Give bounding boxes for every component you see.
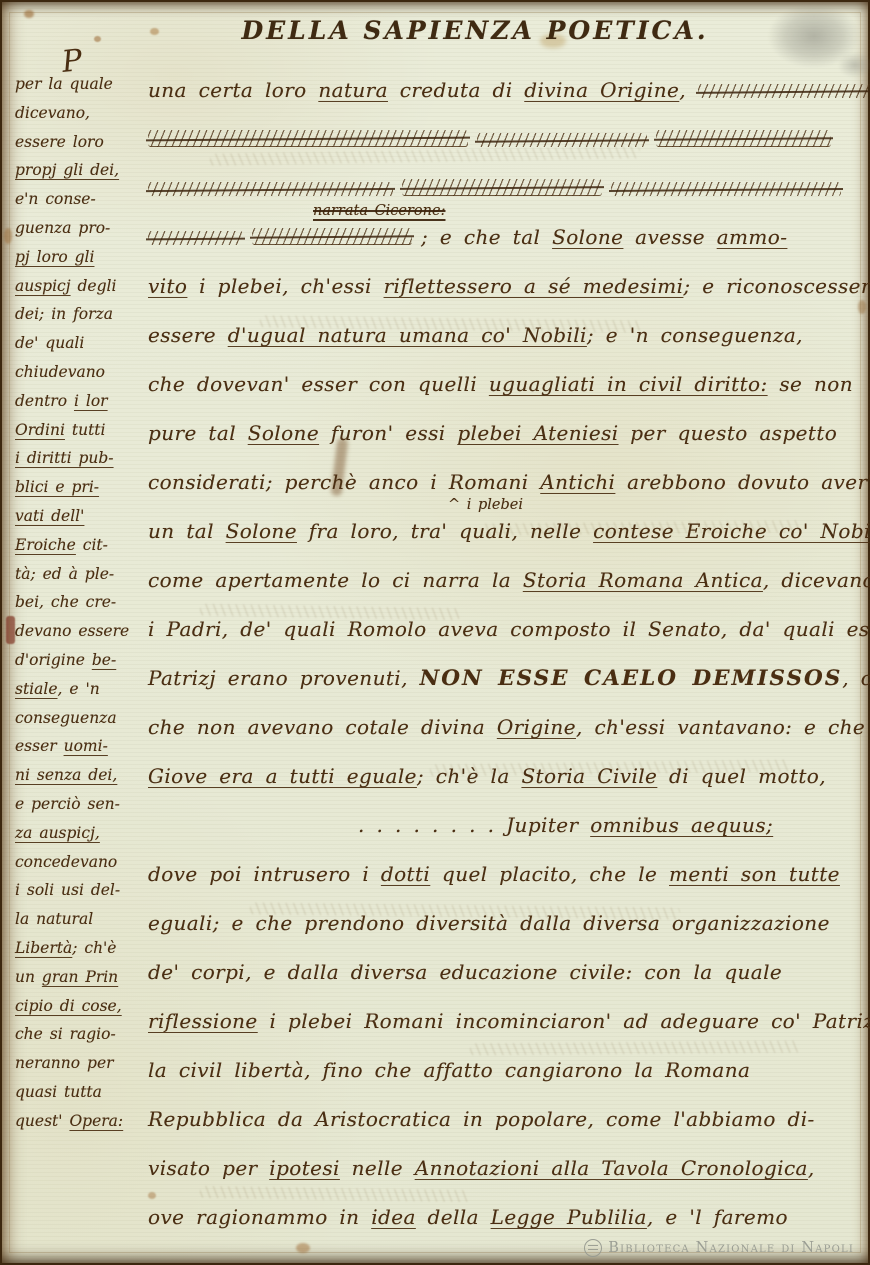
rust-spot [296, 1243, 310, 1253]
library-watermark: Biblioteca Nazionale di Napoli [584, 1239, 854, 1257]
margin-line: ni senza dei, [15, 761, 147, 790]
text-line: la civil libertà, fino che affatto cangi… [148, 1046, 864, 1095]
margin-line: la natural [15, 905, 147, 934]
library-logo-icon [584, 1239, 602, 1257]
text-line: essere d'ugual natura umana co' Nobili; … [148, 311, 864, 360]
margin-line: i diritti pub- [15, 444, 147, 473]
margin-line: de' quali [15, 329, 147, 358]
text-line: i Padri, de' quali Romolo aveva composto… [148, 605, 864, 654]
margin-line: quest' Opera: [15, 1107, 147, 1136]
margin-line: vati dell' [15, 502, 147, 531]
margin-line: esser uomi- [15, 732, 147, 761]
text-line: ; e che tal Solone avesse ammo-narrata C… [148, 213, 864, 262]
text-line: ove ragionammo in idea della Legge Publi… [148, 1193, 864, 1242]
margin-line: pj loro gli [15, 243, 147, 272]
margin-line: e perciò sen- [15, 790, 147, 819]
margin-line: essere loro [15, 128, 147, 157]
text-line: riflessione i plebei Romani incominciaro… [148, 997, 864, 1046]
margin-line: dei; in forza [15, 300, 147, 329]
margin-line: blici e pri- [15, 473, 147, 502]
margin-line: che si ragio- [15, 1020, 147, 1049]
margin-line: propj gli dei, [15, 156, 147, 185]
margin-line: guenza pro- [15, 214, 147, 243]
text-line: . . . . . . . . Jupiter omnibus aequus; [148, 801, 864, 850]
margin-line: dicevano, [15, 99, 147, 128]
margin-line: Eroiche cit- [15, 531, 147, 560]
text-line [148, 164, 864, 213]
edge-mark [6, 616, 15, 644]
margin-line: dentro i lor [15, 387, 147, 416]
margin-line: un gran Prin [15, 963, 147, 992]
text-line: de' corpi, e dalla diversa educazione ci… [148, 948, 864, 997]
margin-line: devano essere [15, 617, 147, 646]
rust-spot [24, 10, 34, 18]
text-line: vito i plebei, ch'essi riflettessero a s… [148, 262, 864, 311]
text-line: una certa loro natura creduta di divina … [148, 66, 864, 115]
margin-line: conseguenza [15, 704, 147, 733]
rust-spot [94, 36, 101, 42]
margin-line: d'origine be- [15, 646, 147, 675]
page-title: DELLA SAPIENZA POETICA. [140, 16, 810, 45]
margin-line: chiudevano [15, 358, 147, 387]
margin-line: i soli usi del- [15, 876, 147, 905]
rust-spot [4, 228, 12, 244]
margin-line: per la quale [15, 70, 147, 99]
manuscript-page: DELLA SAPIENZA POETICA. P per la qualedi… [0, 0, 870, 1265]
text-line: un tal Solone fra loro, tra' quali, nell… [148, 507, 864, 556]
margin-line: stiale, e 'n [15, 675, 147, 704]
margin-line: Ordini tutti [15, 416, 147, 445]
margin-note: per la qualedicevano,essere loropropj gl… [15, 70, 147, 1135]
margin-line: za auspicj, [15, 819, 147, 848]
margin-line: auspicj degli [15, 272, 147, 301]
margin-line: quasi tutta [15, 1078, 147, 1107]
text-line: pure tal Solone furon' essi plebei Ateni… [148, 409, 864, 458]
library-name: Biblioteca Nazionale di Napoli [608, 1240, 854, 1256]
margin-line: Libertà; ch'è [15, 934, 147, 963]
margin-line: neranno per [15, 1049, 147, 1078]
margin-line: concedevano [15, 848, 147, 877]
text-line [148, 115, 864, 164]
text-line: che non avevano cotale divina Origine, c… [148, 703, 864, 752]
margin-line: bei, che cre- [15, 588, 147, 617]
text-line: dove poi intrusero i dotti quel placito,… [148, 850, 864, 899]
text-line: visato per ipotesi nelle Annotazioni all… [148, 1144, 864, 1193]
main-text: una certa loro natura creduta di divina … [148, 66, 864, 1242]
margin-line: e'n conse- [15, 185, 147, 214]
text-line: Patrizj erano provenuti, NON ESSE CAELO … [148, 654, 864, 703]
text-line: Repubblica da Aristocratica in popolare,… [148, 1095, 864, 1144]
margin-line: tà; ed à ple- [15, 560, 147, 589]
text-line: Giove era a tutti eguale; ch'è la Storia… [148, 752, 864, 801]
text-line: eguali; e che prendono diversità dalla d… [148, 899, 864, 948]
text-line: come apertamente lo ci narra la Storia R… [148, 556, 864, 605]
margin-line: cipio di cose, [15, 992, 147, 1021]
text-line: che dovevan' esser con quelli uguagliati… [148, 360, 864, 409]
